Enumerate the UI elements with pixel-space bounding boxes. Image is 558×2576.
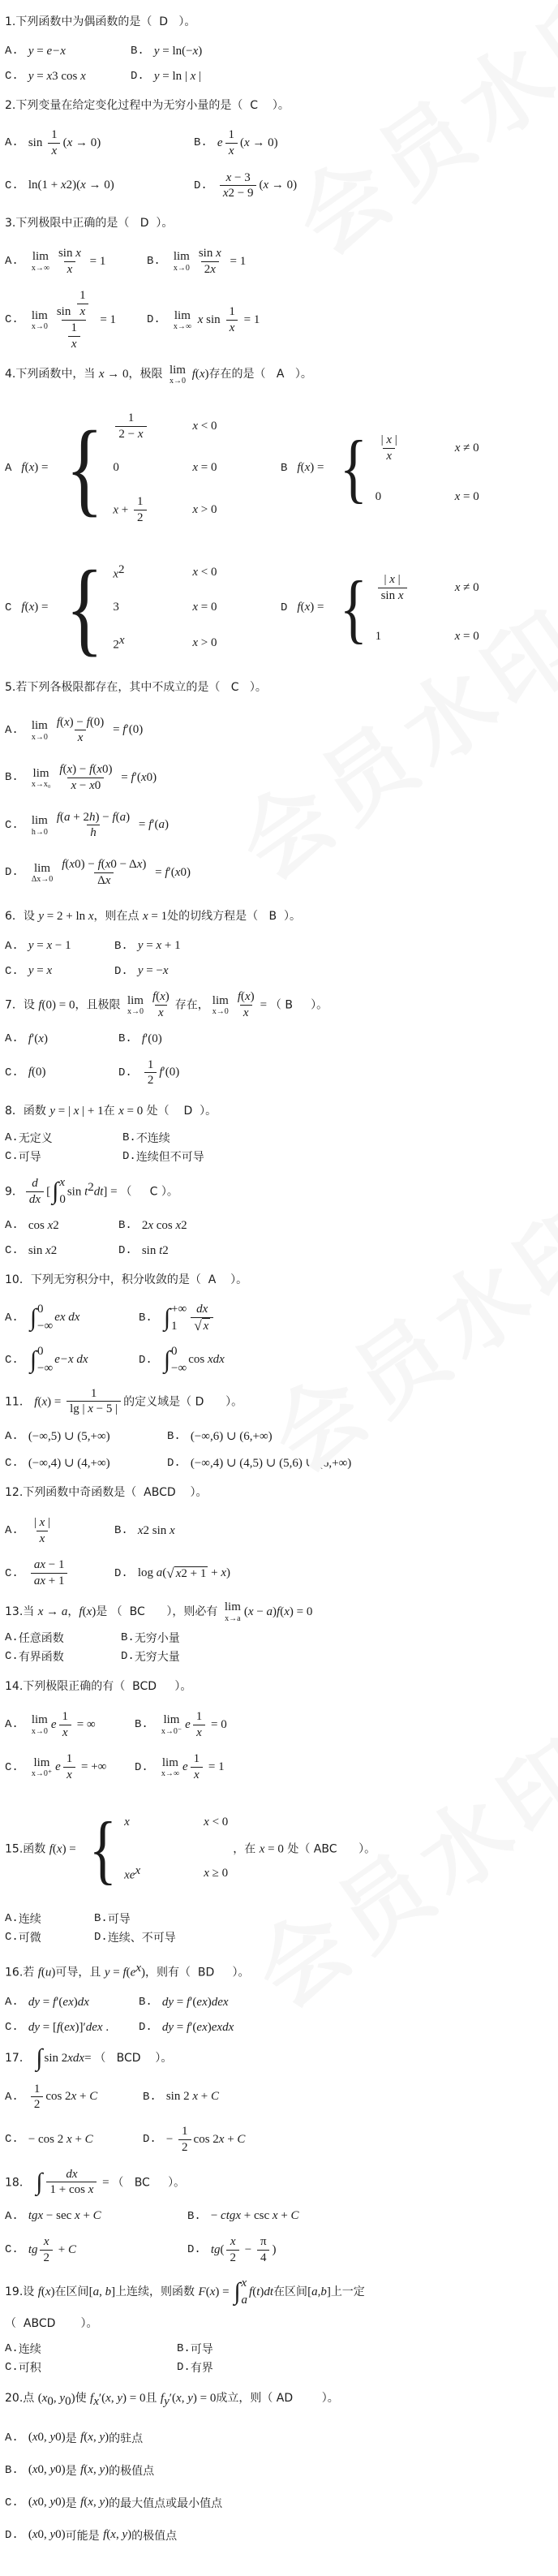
math-text: = 0 xyxy=(124,1105,143,1118)
math-var: x xyxy=(176,2392,182,2405)
question-stem: 5.若下列各极限都存在，其中不成立的是（ C ）。 xyxy=(5,677,558,699)
option-row: Af(x) = {12 − xx < 00x = 0x + 12x > 0Bf(… xyxy=(5,398,558,539)
fraction: sin xx xyxy=(55,246,84,278)
math-var: x xyxy=(44,2234,49,2250)
math-var: e xyxy=(46,45,52,58)
option-B: B.(−∞,6) ∪ (6,+∞) xyxy=(167,1428,558,1444)
subscript: 0 xyxy=(65,2390,71,2414)
math-text: = xyxy=(152,866,165,880)
text-run: ，极限 xyxy=(128,368,165,381)
option-D: D.连续但不可导 xyxy=(122,1148,558,1165)
option-C: C.ax − 1ax + 1 xyxy=(5,1557,114,1589)
math-var: x xyxy=(160,989,165,1005)
math-var: x xyxy=(57,1842,62,1855)
math-text: > 0 xyxy=(198,636,217,649)
math-var: x xyxy=(67,2052,73,2065)
limit-operator: limx→0 xyxy=(32,719,48,742)
option-formula: tgx − sec x + C xyxy=(28,2209,101,2223)
option-A: A.y = x − 1 xyxy=(5,939,114,953)
option-label: A. xyxy=(5,1631,19,1644)
math-text: = 1 xyxy=(227,255,246,269)
text-run: 7．设 xyxy=(5,998,38,1011)
option-C: C.limh→0f(a + 2h) − f(a)h = f′(a) xyxy=(5,810,558,842)
text-run: 19.设 xyxy=(5,2285,38,2298)
math-var: x xyxy=(67,762,72,778)
math-var: x xyxy=(51,144,57,159)
question-stem: 2.下列变量在给定变化过程中为无穷小量的是（ C ）。 xyxy=(5,95,558,117)
text-run: ， xyxy=(67,1605,79,1618)
math-text: ) xyxy=(152,771,157,785)
math-text: → 0) xyxy=(268,179,297,192)
option-row: C.limx→0⁺e1x = +∞D.limx→∞e1x = 1 xyxy=(5,1751,558,1783)
math-var: x xyxy=(204,1867,209,1880)
math-text: 0 xyxy=(95,778,101,794)
math-var: −x xyxy=(60,1353,74,1367)
math-text: = xyxy=(143,939,156,953)
integral-sign: ∫0−∞ xyxy=(30,1346,53,1375)
option-label: A. xyxy=(5,1718,19,1731)
text-run: 16.若 xyxy=(5,1966,38,1979)
superscript: x xyxy=(202,1996,208,2010)
math-text: + xyxy=(118,504,131,517)
option-label: D. xyxy=(5,2529,19,2542)
fraction: f(x)x xyxy=(149,989,173,1021)
option-label: A. xyxy=(5,2342,19,2355)
option-A: A.连续 xyxy=(5,2341,177,2357)
brace-glyph: { xyxy=(88,1816,116,1882)
math-var: a xyxy=(93,2285,100,2298)
math-var: C xyxy=(93,2209,101,2223)
option-label: B. xyxy=(122,1131,136,1144)
math-text: = xyxy=(174,2021,187,2035)
math-text: )( xyxy=(72,179,80,192)
math-var: e xyxy=(217,136,223,150)
math-text: [ xyxy=(46,1185,50,1198)
superscript: 2 xyxy=(183,2090,190,2104)
math-var: dy xyxy=(162,1996,174,2010)
question-20: 20.点 (x0, y0)使 fx′(x, y) = 0且 fy′(x, y) … xyxy=(5,2387,558,2543)
superscript: x xyxy=(60,1311,66,1325)
text-run: 4.下列函数中，当 xyxy=(5,368,99,381)
math-text: sin xyxy=(28,136,45,150)
math-var: y xyxy=(154,70,160,84)
math-var: C xyxy=(291,2209,299,2223)
text-run: 20.点 xyxy=(5,2392,38,2405)
math-text: (−∞,6) ∪ (6,+∞) xyxy=(191,1428,273,1444)
question-5: 5.若下列各极限都存在，其中不成立的是（ C ）。A.limx→0f(x) − … xyxy=(5,677,558,889)
option-formula: sin 1x(x → 0) xyxy=(28,127,101,159)
math-var: x xyxy=(248,1605,254,1618)
math-text: ( xyxy=(220,2243,224,2257)
question-12: 12.下列函数中奇函数是（ ABCD ）。A.| x |xB.x2 sin xC… xyxy=(5,1482,558,1589)
math-var: x xyxy=(273,2209,278,2223)
math-text: 0 xyxy=(180,866,187,880)
math-text: 1 xyxy=(171,1320,178,1333)
fraction: 1x xyxy=(193,1709,206,1741)
option-A: Af(x) = {12 − xx < 00x = 0x + 12x > 0 xyxy=(5,398,281,539)
option-formula: 无定义 xyxy=(19,1130,53,1146)
option-label: C. xyxy=(5,1761,19,1774)
math-text: = xyxy=(135,818,148,832)
text-run: 11． xyxy=(5,1395,34,1408)
math-var: x xyxy=(29,461,35,475)
math-text: (−∞,4) ∪ (4,5) ∪ (5,6) ∪ (6,+∞) xyxy=(191,1455,351,1471)
option-row: A.(x0, y0)是 f(x, y)的驻点 xyxy=(5,2430,558,2446)
option-row: B.limx→x₀f(x) − f(x0)x − x0 = f′(x0) xyxy=(5,762,558,794)
option-row: C.ln(1 + x2)(x → 0)D.x − 3x2 − 9(x → 0) xyxy=(5,170,558,202)
math-var: dx xyxy=(74,1353,88,1367)
case-row: 2xx > 0 xyxy=(113,634,217,653)
option-B: B.e1x(x → 0) xyxy=(194,127,558,159)
math-var: C xyxy=(68,2243,76,2257)
math-text: → 0) xyxy=(250,136,278,150)
option-row: C.可导D.连续但不可导 xyxy=(5,1148,558,1165)
math-text: ) = xyxy=(47,1395,64,1408)
option-A: A.∫0−∞ex dx xyxy=(5,1303,139,1333)
option-formula: ∫0−∞ex dx xyxy=(28,1303,80,1333)
integral-sign: ∫+∞1 xyxy=(164,1303,187,1333)
text-run: 18． xyxy=(5,2176,34,2189)
question-stem: 15.函数 f(x) = {xx < 0xexx ≥ 0，在 x = 0 处（ … xyxy=(5,1794,558,1904)
math-text: + 2 xyxy=(71,810,89,825)
option-row: A.limx→∞sin xx = 1B.limx→0sin x2x = 1 xyxy=(5,246,558,278)
fraction: 12 xyxy=(134,494,147,526)
text-run: 在区间 xyxy=(273,2285,307,2298)
option-formula: − 12cos 2x + C xyxy=(166,2124,246,2156)
math-var: x xyxy=(32,2496,38,2509)
math-text: sin xyxy=(28,1244,45,1258)
option-C: C.(x0, y0)是 f(x, y)的最大值点或最小值点 xyxy=(5,2495,558,2511)
option-formula: e1x(x → 0) xyxy=(217,127,278,159)
option-row: A.12cos 2x + CB.sin 2 x + C xyxy=(5,2082,558,2113)
math-var: a xyxy=(242,2294,248,2307)
option-row: C.有界函数D.无穷大量 xyxy=(5,1648,558,1665)
option-formula: 2x cos x2 xyxy=(142,1219,187,1233)
option-label: C. xyxy=(5,1650,19,1663)
limit-operator: limx→0⁺ xyxy=(32,1756,52,1779)
math-var: x xyxy=(226,170,232,186)
math-text: ) xyxy=(44,1032,48,1046)
fraction: ax − 1ax + 1 xyxy=(31,1557,68,1589)
option-A: A.(−∞,5) ∪ (5,+∞) xyxy=(5,1428,167,1444)
math-text: − xyxy=(166,2133,176,2147)
math-text: = xyxy=(33,70,46,84)
option-B: B.− ctgx + csc x + C xyxy=(187,2209,558,2223)
option-label: A. xyxy=(5,1219,19,1232)
option-row: C.可微D.连续、不可导 xyxy=(5,1929,558,1945)
math-text: 0 xyxy=(37,2496,44,2509)
option-formula: − cos 2 x + C xyxy=(28,2133,93,2147)
brace-glyph: { xyxy=(66,424,104,514)
option-label: A. xyxy=(5,1131,19,1144)
option-formula: dy = f′(ex)exdx xyxy=(162,2021,234,2035)
option-label: D. xyxy=(114,1567,128,1580)
option-A: A.连续 xyxy=(5,1910,94,1927)
option-formula: 有界 xyxy=(191,2359,213,2376)
math-text: 0 xyxy=(376,490,382,503)
question-8: 8．函数 y = | x | + 1在 x = 0 处（ D ）。A.无定义B.… xyxy=(5,1100,558,1165)
math-text: = xyxy=(33,939,46,953)
math-var: x xyxy=(305,461,311,475)
fraction: dx√x xyxy=(191,1302,213,1334)
option-A: A.limx→∞sin xx = 1 xyxy=(5,246,147,278)
math-text: = +∞ xyxy=(78,1760,106,1774)
option-formula: ax − 1ax + 1 xyxy=(28,1557,71,1589)
math-text: = 1 xyxy=(148,910,167,923)
math-text: sin xyxy=(142,1244,159,1258)
subscript: a xyxy=(157,1566,163,1580)
option-label: D. xyxy=(5,866,19,879)
fraction: x − 3x2 − 9 xyxy=(220,170,257,202)
math-var: x xyxy=(61,179,67,192)
math-text: 0 xyxy=(55,2496,62,2509)
math-text: cos 2 xyxy=(45,2090,71,2104)
math-var: y xyxy=(117,2392,122,2405)
math-var: a xyxy=(157,1566,163,1580)
question-stem: 3.下列极限中正确的是（ D ）。 xyxy=(5,213,558,235)
math-text: ) − xyxy=(70,715,87,730)
option-formula: − ctgx + csc x + C xyxy=(211,2209,299,2223)
math-text: 0 xyxy=(102,762,109,778)
math-var: x xyxy=(175,1219,181,1233)
limit-operator: limx→0 xyxy=(212,994,229,1017)
math-text: ′( xyxy=(169,866,175,880)
option-row: C.y = x3 cos xD.y = ln | x | xyxy=(5,70,558,84)
text-run: 的极值点 xyxy=(131,2527,177,2544)
text-run: 任意函数 xyxy=(19,1630,64,1646)
math-var: x xyxy=(163,964,169,978)
math-text: + xyxy=(80,2209,93,2223)
math-var: dx xyxy=(73,2052,84,2065)
math-text: ) − xyxy=(72,762,89,778)
question-stem-line2: （ ABCD ）。 xyxy=(5,2313,558,2335)
limit-operator: limx→0 xyxy=(32,309,48,332)
fraction: f(x) − f(x0)x − x0 xyxy=(56,762,115,794)
option-row: A.sin 1x(x → 0)B.e1x(x → 0) xyxy=(5,127,558,159)
option-formula: limx→∞ x sin 1x = 1 xyxy=(170,304,260,336)
text-run: 在区间 xyxy=(55,2285,89,2298)
math-var: dx xyxy=(78,1996,89,2010)
math-text: 1 xyxy=(182,2124,188,2139)
math-var: x xyxy=(193,45,199,58)
option-formula: limx→0f(x) − f(0)x = f′(0) xyxy=(28,715,143,747)
option-label: B. xyxy=(187,2210,201,2223)
option-row: A.无定义B.不连续 xyxy=(5,1130,558,1146)
text-run: 8．函数 xyxy=(5,1105,49,1118)
question-19: 19.设 f(x)在区间[a, b]上连续，则函数 F(x) = ∫xaf(t)… xyxy=(5,2277,558,2376)
question-stem: 20.点 (x0, y0)使 fx′(x, y) = 0且 fy′(x, y) … xyxy=(5,2387,558,2413)
math-text: − xyxy=(211,2209,221,2223)
math-var: h xyxy=(89,810,96,825)
option-formula: limx→0⁻e1x = 0 xyxy=(158,1709,227,1741)
text-run: 使 xyxy=(75,2392,90,2405)
text-run: 是 xyxy=(66,2495,80,2511)
fraction: sin x2x xyxy=(195,246,225,278)
math-text: cos 2 xyxy=(194,2133,219,2147)
math-text: − xyxy=(242,2243,255,2257)
option-label: A. xyxy=(5,1312,19,1325)
math-text: = xyxy=(260,998,270,1011)
option-C: C.可积 xyxy=(5,2359,177,2376)
math-text: ) = 0 xyxy=(193,2392,216,2405)
option-D: D.无穷大量 xyxy=(121,1648,558,1665)
math-text: ′(0) xyxy=(162,1066,179,1079)
math-var: x xyxy=(88,2182,94,2198)
option-C: C.− cos 2 x + C xyxy=(5,2133,143,2147)
math-text: ′( xyxy=(99,2392,105,2405)
fraction: 1x xyxy=(59,1709,72,1741)
math-text: = xyxy=(109,723,122,737)
superscript: x xyxy=(68,1996,74,2010)
option-B: B.limx→0⁻e1x = 0 xyxy=(135,1709,558,1741)
option-formula: y = x xyxy=(28,964,52,978)
option-label: C. xyxy=(5,1354,19,1367)
text-run: 13.当 xyxy=(5,1605,38,1618)
math-var: x xyxy=(263,179,268,192)
option-formula: limx→0sin x2x = 1 xyxy=(170,246,246,278)
math-var: dx xyxy=(222,2021,234,2035)
question-stem: 10．下列无穷积分中，积分收敛的是（ A ）。 xyxy=(5,1269,558,1291)
option-B: B.可导 xyxy=(94,1910,558,1927)
option-label: B. xyxy=(94,1912,108,1925)
subscript: 0 xyxy=(110,857,117,872)
text-run: 处（ ABC ）。 xyxy=(284,1842,376,1855)
question-stem: 1.下列函数中为偶函数的是（ D ）。 xyxy=(5,11,558,33)
math-text: ≥ 0 xyxy=(209,1867,228,1880)
math-var: y xyxy=(59,2392,65,2405)
case-row: x + 12x > 0 xyxy=(113,494,217,526)
superscript: 2 xyxy=(228,186,234,201)
math-var: x xyxy=(202,2021,208,2035)
math-text: , xyxy=(99,2285,105,2298)
superscript: 1x xyxy=(191,1709,208,1741)
question-stem: 18． ∫dx1 + cos x = （ BC ）。 xyxy=(5,2167,558,2199)
option-label: D. xyxy=(121,1650,135,1663)
option-formula: limx→0⁺e1x = +∞ xyxy=(28,1751,107,1783)
math-text: ′( xyxy=(190,1996,196,2010)
math-text: = xyxy=(99,2176,112,2189)
math-text: (0) xyxy=(90,715,105,730)
option-formula: ln(1 + x2)(x → 0) xyxy=(28,179,114,192)
math-text: 0 xyxy=(55,2431,62,2445)
math-text: 1 xyxy=(137,494,144,510)
option-row: A.limx→0f(x) − f(0)x = f′(0) xyxy=(5,715,558,747)
option-formula: y = ln(−x) xyxy=(154,45,202,58)
math-var: f xyxy=(189,368,195,381)
math-var: x xyxy=(217,2021,222,2035)
option-A: A.任意函数 xyxy=(5,1630,121,1646)
math-text: ) = xyxy=(215,2285,232,2298)
option-formula: ∫0−∞cos xdx xyxy=(162,1346,225,1375)
option-formula: 任意函数 xyxy=(19,1630,64,1646)
math-var: x xyxy=(221,1566,226,1580)
math-text: 1 xyxy=(148,1058,154,1073)
math-var: x xyxy=(219,2133,225,2147)
option-A: A.cos x2 xyxy=(5,1219,118,1233)
option-formula: 连续 xyxy=(19,1910,41,1927)
option-label: C. xyxy=(5,2496,19,2509)
option-B: B.无穷小量 xyxy=(121,1630,558,1646)
math-text: + 1 xyxy=(161,939,180,953)
math-text: lg | xyxy=(70,1402,88,1417)
math-var: x xyxy=(45,2285,51,2298)
option-row: C.tgx2 + CD.tg(x2 − π4) xyxy=(5,2234,558,2266)
math-var: C xyxy=(237,2133,245,2147)
case-row: 3x = 0 xyxy=(113,601,217,614)
math-var: x xyxy=(46,70,52,84)
math-var: y xyxy=(49,2431,55,2445)
math-text: sin xyxy=(67,1185,84,1198)
math-var: dx xyxy=(66,2167,77,2182)
option-formula: limx→∞sin xx = 1 xyxy=(28,246,106,278)
math-text: sin 2 xyxy=(44,2052,67,2065)
option-formula: y = e−x xyxy=(28,45,66,58)
text-run: 15.函数 xyxy=(5,1842,49,1855)
math-text: = xyxy=(33,45,46,58)
limit-operator: limh→0 xyxy=(32,814,48,837)
question-stem: 17． ∫sin 2xdx= （ BCD ）。 xyxy=(5,2046,558,2070)
math-var: x xyxy=(64,715,70,730)
math-var: x xyxy=(243,1006,249,1021)
piecewise-cases: {x2x < 03x = 02xx > 0 xyxy=(59,554,217,662)
math-text: | xyxy=(395,572,401,588)
option-label: B. xyxy=(167,1430,181,1443)
math-var: x xyxy=(202,1996,208,2010)
math-var: x xyxy=(93,2390,99,2414)
option-label: D. xyxy=(194,179,208,192)
math-var: x xyxy=(42,2392,48,2405)
text-run: 存在的是（ A ）。 xyxy=(209,368,312,381)
math-text: ′(0) xyxy=(126,723,143,737)
math-text: 0 xyxy=(147,771,153,785)
option-label: A. xyxy=(5,2091,19,2104)
math-var: tg xyxy=(28,2243,38,2257)
math-var: x xyxy=(208,1353,213,1367)
option-label: C. xyxy=(5,1457,19,1470)
superscript: x xyxy=(135,1957,141,1980)
math-var: y xyxy=(187,2392,193,2405)
math-text: 2 xyxy=(143,1524,149,1538)
math-text: ) xyxy=(251,989,255,1005)
text-run: 12.下列函数中奇函数是（ ABCD ）。 xyxy=(5,1486,207,1499)
text-run: ，且极限 xyxy=(75,998,123,1011)
option-label: B. xyxy=(135,1718,148,1731)
math-text: + xyxy=(208,1566,221,1580)
math-text: + 1 xyxy=(45,1574,64,1589)
math-text: 2 − xyxy=(118,427,137,442)
math-var: x xyxy=(71,337,77,352)
text-run: 连续 xyxy=(19,2341,41,2357)
math-var: x xyxy=(67,262,73,278)
option-label: D. xyxy=(94,1931,108,1944)
option-row: A.(−∞,5) ∪ (5,+∞)B.(−∞,6) ∪ (6,+∞) xyxy=(5,1428,558,1444)
math-var: x xyxy=(194,1768,200,1783)
option-row: C.可积D.有界 xyxy=(5,2359,558,2376)
math-var: a xyxy=(120,810,127,825)
question-1: 1.下列函数中为偶函数的是（ D ）。A.y = e−xB.y = ln(−x)… xyxy=(5,11,558,84)
math-text: 0 xyxy=(75,857,81,872)
math-text: cos xyxy=(58,70,81,84)
math-var: x xyxy=(138,1524,144,1538)
math-var: x xyxy=(148,1219,153,1233)
option-label: D. xyxy=(177,2361,191,2374)
option-row: C.sin x2D.sin t2 xyxy=(5,1244,558,1258)
math-var: x xyxy=(118,1105,124,1118)
question-stem: 13.当 x → a，f(x)是 （ BC ），则必有 limx→a(x − a… xyxy=(5,1600,558,1624)
math-text: sin xyxy=(381,588,398,604)
option-A: A.sin 1x(x → 0) xyxy=(5,127,194,159)
option-formula: f(x) = {12 − xx < 00x = 0x + 12x > 0 xyxy=(21,398,221,539)
